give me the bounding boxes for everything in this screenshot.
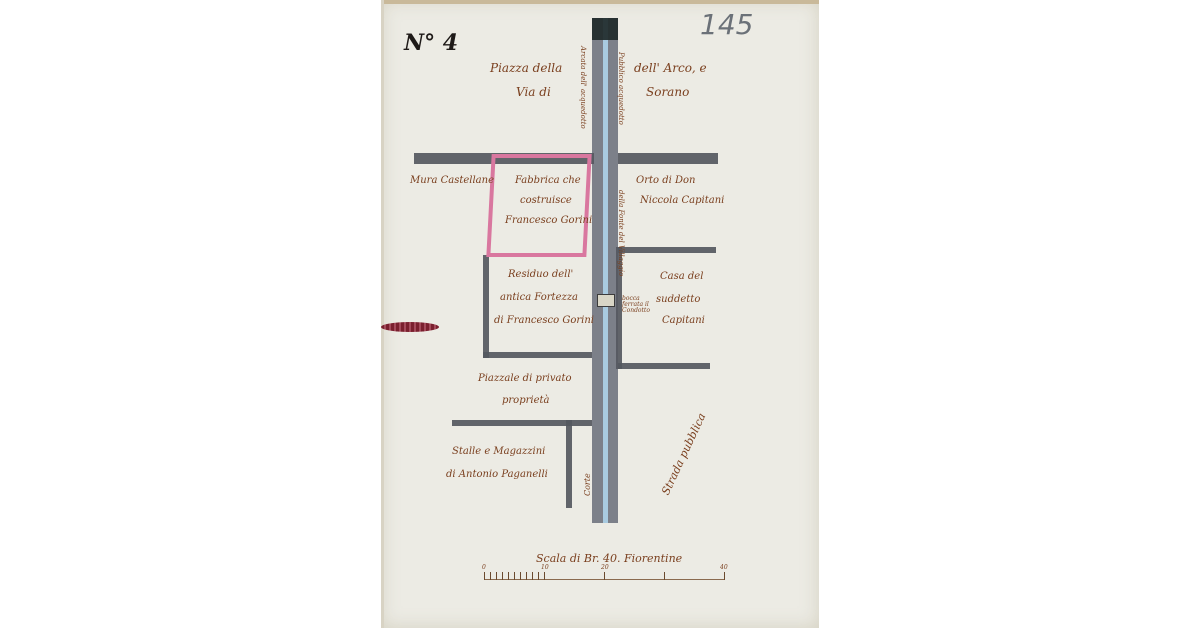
binding-ribbon	[381, 322, 439, 332]
label-piazzale-2: proprietà	[502, 396, 549, 406]
label-mura: Mura Castellane	[410, 176, 494, 186]
scale-tick	[508, 572, 509, 580]
scale-label-0: 0	[482, 565, 486, 571]
label-piazzale-1: Piazzale di privato	[478, 374, 572, 384]
wall-right-lower	[618, 363, 710, 369]
scale-label-20: 20	[601, 565, 609, 571]
wall-top-right	[618, 153, 718, 164]
label-stalle-1: Stalle e Magazzini	[452, 447, 545, 457]
label-orto-2: Niccola Capitani	[640, 196, 724, 206]
aqueduct-cap	[592, 18, 618, 40]
label-casa-2: suddetto	[656, 295, 700, 305]
scale-label-40: 40	[720, 565, 728, 571]
scale-tick	[502, 572, 503, 580]
scale-tick	[538, 572, 539, 580]
scale-tick	[664, 572, 665, 580]
label-corte: Corte	[584, 473, 592, 496]
wall-residuo-left	[483, 255, 489, 358]
label-arco: dell' Arco, e	[634, 62, 707, 74]
label-residuo-3: di Francesco Gorini	[494, 316, 594, 326]
label-casa-1: Casa del	[660, 272, 703, 282]
sheet-top-edge	[381, 0, 819, 4]
scale-tick	[496, 572, 497, 580]
scale-tick	[514, 572, 515, 580]
scale-tick	[544, 572, 545, 580]
scale-label-10: 10	[541, 565, 549, 571]
label-via: Via di	[516, 86, 551, 98]
scale-tick	[490, 572, 491, 580]
wall-right-upper	[618, 247, 716, 253]
label-fabbrica-1: Fabbrica che	[515, 176, 581, 186]
scale-title: Scala di Br. 40. Fiorentine	[536, 553, 682, 564]
label-sorano: Sorano	[646, 86, 689, 98]
scale-tick	[484, 572, 485, 580]
label-canal-right-1: Pubblico acquedotto	[617, 52, 624, 125]
scale-tick	[532, 572, 533, 580]
label-casa-3: Capitani	[662, 316, 705, 326]
label-residuo-1: Residuo dell'	[508, 270, 573, 280]
folio-number: 145	[700, 8, 753, 41]
sheet-left-edge	[381, 0, 384, 628]
scale-tick	[526, 572, 527, 580]
plate-number: N° 4	[404, 32, 458, 54]
label-residuo-2: antica Fortezza	[500, 293, 578, 303]
scale-tick	[604, 572, 605, 580]
label-fabbrica-2: costruisce	[520, 196, 572, 206]
scale-tick	[724, 572, 725, 580]
label-piazza: Piazza della	[490, 62, 562, 74]
label-canal-left: Arcata dell' acquedotto	[579, 46, 586, 129]
label-stalle-2: di Antonio Paganelli	[446, 470, 548, 480]
label-fabbrica-3: Francesco Gorini	[505, 216, 592, 226]
wall-stalle-right	[566, 420, 572, 508]
label-condotto: bocca ferrata il Condotto	[622, 296, 658, 314]
label-canal-right-2: della Fonte del Villaggio	[617, 190, 624, 276]
scale-tick	[520, 572, 521, 580]
aqueduct-grate	[597, 294, 615, 307]
label-orto-1: Orto di Don	[636, 176, 695, 186]
wall-residuo-bottom	[483, 352, 592, 358]
